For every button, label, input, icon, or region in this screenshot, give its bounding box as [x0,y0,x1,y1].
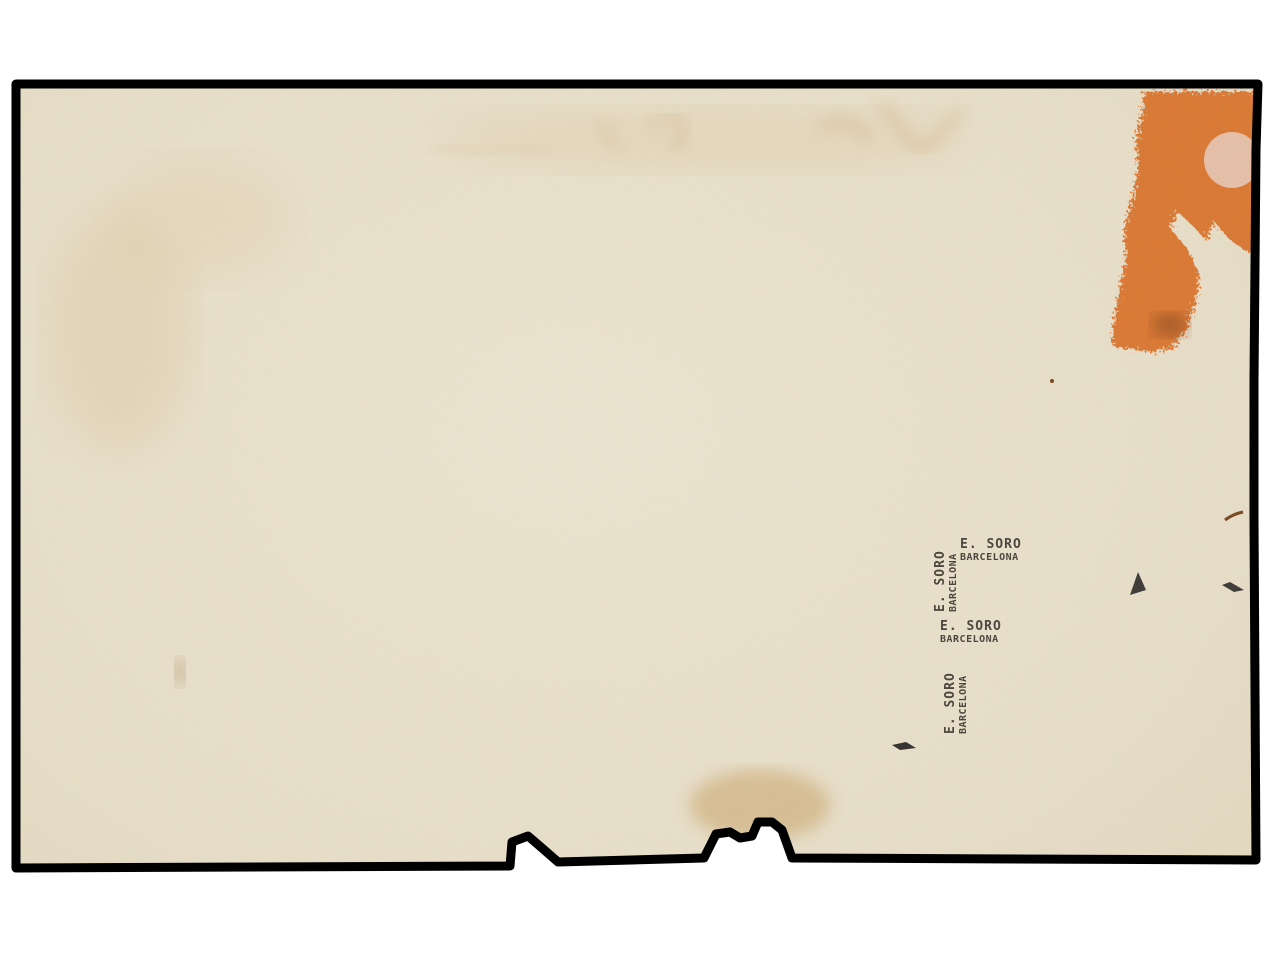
cover-reverse-scene: E. SORO BARCELONA E. SORO BARCELONA E. S… [0,0,1276,956]
handstamp-city: BARCELONA [960,552,1022,564]
handstamp-horizontal-1: E. SORO BARCELONA [960,538,1022,564]
handstamp-name: E. SORO [960,538,1022,552]
handstamp-horizontal-2: E. SORO BARCELONA [940,620,1002,646]
handstamp-name: E. SORO [934,550,948,612]
handstamp-city: BARCELONA [958,672,970,734]
handstamp-vertical-2: E. SORO BARCELONA [944,672,970,734]
handstamp-city: BARCELONA [948,550,960,612]
handstamp-city: BARCELONA [940,634,1002,646]
cover-paper [0,0,1276,956]
handstamp-name: E. SORO [944,672,958,734]
handstamp-vertical-1: E. SORO BARCELONA [934,550,960,612]
handstamp-name: E. SORO [940,620,1002,634]
